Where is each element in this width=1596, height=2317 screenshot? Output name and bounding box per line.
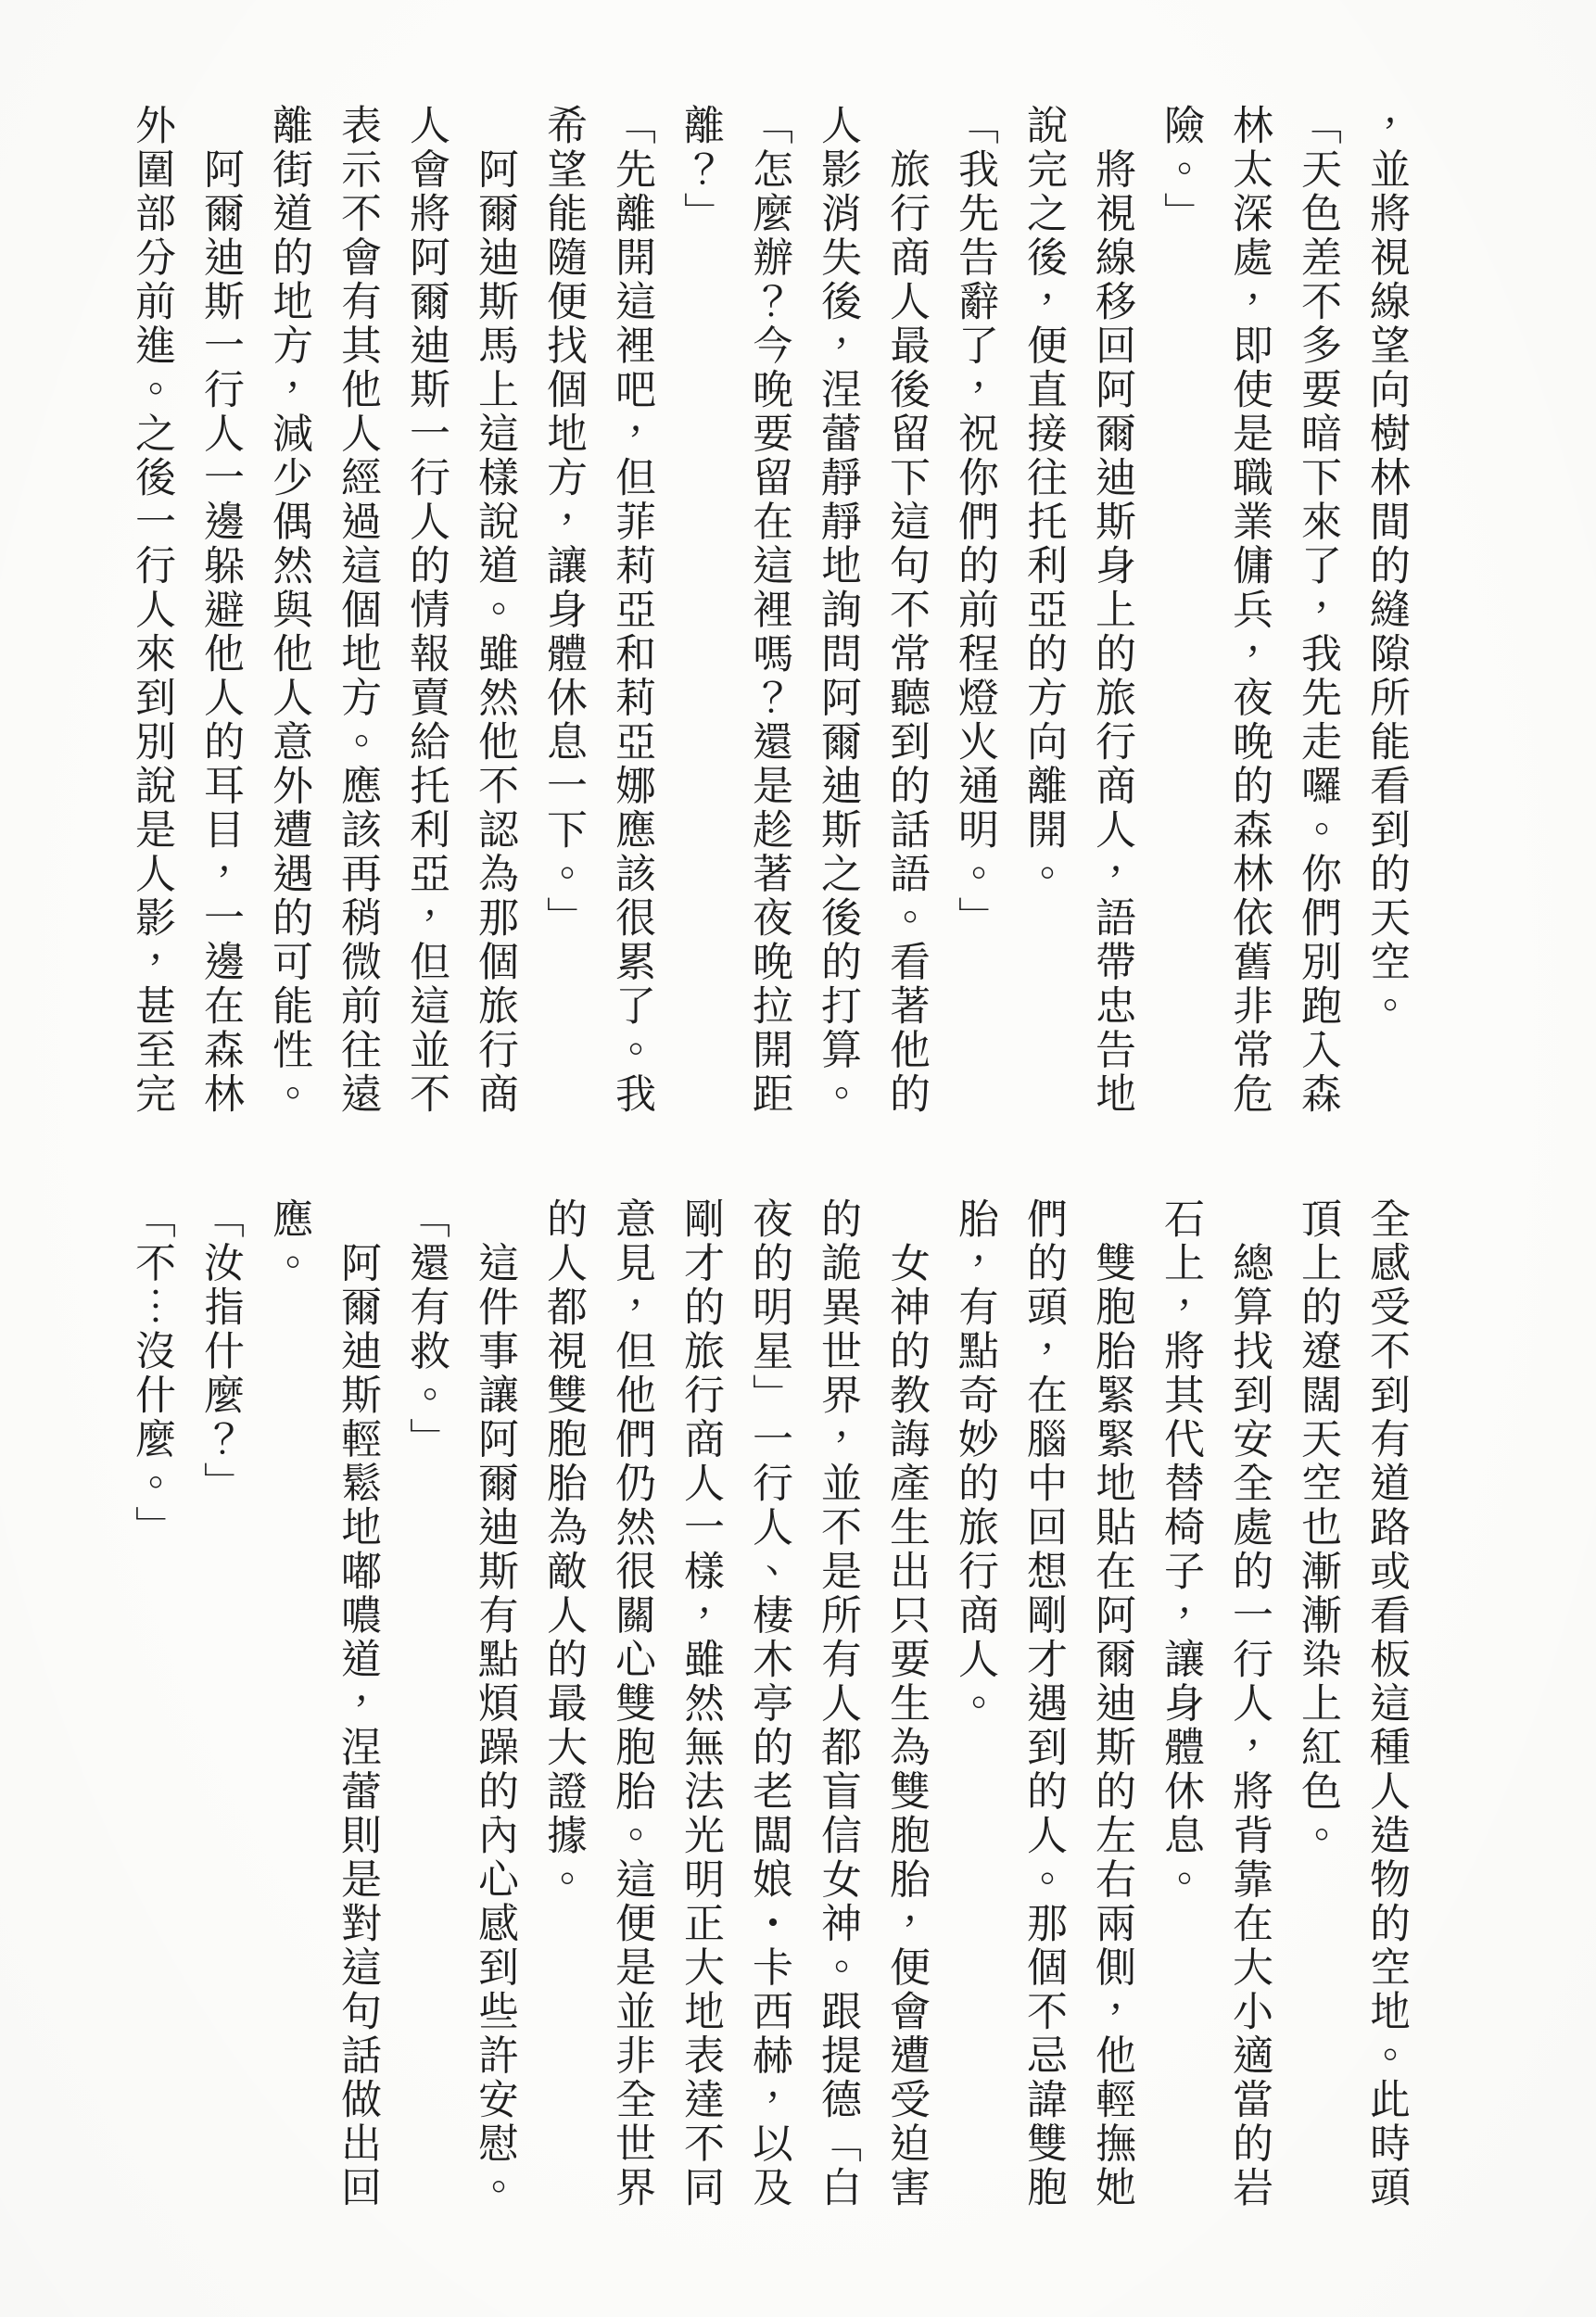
text-column: 的人都視雙胞胎為敵人的最大證據。 [528, 1197, 597, 2274]
text-column: 「不⋯沒什麼。」 [117, 1197, 185, 2274]
text-column: 「汝指什麼？」 [185, 1197, 254, 2274]
text-column: 這件事讓阿爾迪斯有點煩躁的內心感到些許安慰。 [460, 1197, 528, 2274]
lower-text-block: 全感受不到有道路或看板這種人造物的空地。此時頭頂上的遼闊天空也漸漸染上紅色。 總… [104, 1197, 1420, 2274]
text-column: 總算找到安全處的一行人，將背靠在大小適當的岩 [1214, 1197, 1283, 2274]
text-column: 剛才的旅行商人一樣，雖然無法光明正大地表達不同 [665, 1197, 734, 2274]
text-column: 將視線移回阿爾迪斯身上的旅行商人，語帶忠告地 [1077, 104, 1146, 1181]
book-page-scan: ，並將視線望向樹林間的縫隙所能看到的天空。「天色差不多要暗下來了，我先走囉。你們… [0, 0, 1596, 2317]
text-column: 旅行商人最後留下這句不常聽到的話語。看著他的 [871, 104, 940, 1181]
text-column: 雙胞胎緊緊地貼在阿爾迪斯的左右兩側，他輕撫她 [1077, 1197, 1146, 2274]
text-column: 險。」 [1146, 104, 1214, 1181]
text-column: 林太深處，即使是職業傭兵，夜晚的森林依舊非常危 [1214, 104, 1283, 1181]
text-column: 離街道的地方，減少偶然與他人意外遭遇的可能性。 [254, 104, 323, 1181]
text-column: 們的頭，在腦中回想剛才遇到的人。那個不忌諱雙胞 [1008, 1197, 1077, 2274]
upper-text-block: ，並將視線望向樹林間的縫隙所能看到的天空。「天色差不多要暗下來了，我先走囉。你們… [104, 104, 1420, 1181]
text-column: 說完之後，便直接往托利亞的方向離開。 [1008, 104, 1077, 1181]
text-column: 人影消失後，涅蕾靜靜地詢問阿爾迪斯之後的打算。 [803, 104, 871, 1181]
text-column: 阿爾迪斯一行人一邊躲避他人的耳目，一邊在森林 [185, 104, 254, 1181]
text-column: 女神的教誨產生出只要生為雙胞胎，便會遭受迫害 [871, 1197, 940, 2274]
text-column: 石上，將其代替椅子，讓身體休息。 [1146, 1197, 1214, 2274]
text-column: 「還有救。」 [391, 1197, 460, 2274]
text-column: 阿爾迪斯馬上這樣說道。雖然他不認為那個旅行商 [460, 104, 528, 1181]
text-column: 離？」 [665, 104, 734, 1181]
text-column: 人會將阿爾迪斯一行人的情報賣給托利亞，但這並不 [391, 104, 460, 1181]
text-column: 「天色差不多要暗下來了，我先走囉。你們別跑入森 [1283, 104, 1351, 1181]
text-column: 阿爾迪斯輕鬆地嘟噥道，涅蕾則是對這句話做出回 [323, 1197, 391, 2274]
text-column: 表示不會有其他人經過這個地方。應該再稍微前往遠 [323, 104, 391, 1181]
text-column: 「我先告辭了，祝你們的前程燈火通明。」 [940, 104, 1008, 1181]
text-column: 「先離開這裡吧，但菲莉亞和莉亞娜應該很累了。我 [597, 104, 665, 1181]
text-column: 「怎麼辦？今晚要留在這裡嗎？還是趁著夜晚拉開距 [734, 104, 803, 1181]
text-column: 應。 [254, 1197, 323, 2274]
text-column: 的詭異世界，並不是所有人都盲信女神。跟提德「白 [803, 1197, 871, 2274]
text-column: 頂上的遼闊天空也漸漸染上紅色。 [1283, 1197, 1351, 2274]
text-column: 胎，有點奇妙的旅行商人。 [940, 1197, 1008, 2274]
text-column: ，並將視線望向樹林間的縫隙所能看到的天空。 [1351, 104, 1420, 1181]
text-column: 意見，但他們仍然很關心雙胞胎。這便是並非全世界 [597, 1197, 665, 2274]
text-column: 希望能隨便找個地方，讓身體休息一下。」 [528, 104, 597, 1181]
text-column: 外圍部分前進。之後一行人來到別說是人影，甚至完 [117, 104, 185, 1181]
text-column: 全感受不到有道路或看板這種人造物的空地。此時頭 [1351, 1197, 1420, 2274]
text-column: 夜的明星」一行人、棲木亭的老闆娘・卡西赫，以及 [734, 1197, 803, 2274]
